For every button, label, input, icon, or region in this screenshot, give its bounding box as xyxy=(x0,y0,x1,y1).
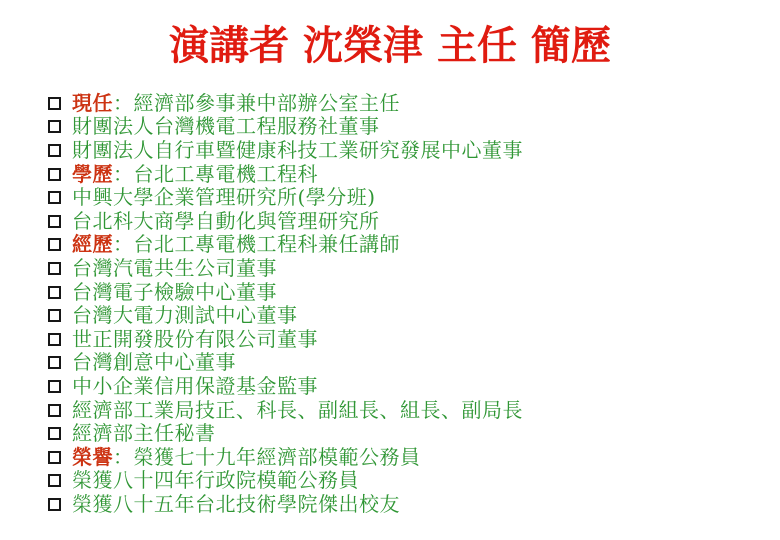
list-item-text: 台灣汽電共生公司董事 xyxy=(72,258,277,278)
list-item-text: 財團法人台灣機電工程服務社董事 xyxy=(72,116,380,136)
list-item-text: 中興大學企業管理研究所(學分班) xyxy=(72,187,376,207)
list-item: 中興大學企業管理研究所(學分班) xyxy=(48,185,780,209)
item-body-text: 台灣汽電共生公司董事 xyxy=(72,256,277,280)
square-bullet-icon xyxy=(48,120,61,133)
item-body-text: ：台北工專電機工程科兼任講師 xyxy=(113,232,400,256)
list-item-text: 學歷：台北工專電機工程科 xyxy=(72,164,318,184)
item-body-text: ：榮獲七十九年經濟部模範公務員 xyxy=(113,445,421,469)
list-item: 榮譽：榮獲七十九年經濟部模範公務員 xyxy=(48,445,780,469)
item-keyword: 現任 xyxy=(72,91,113,115)
list-item-text: 榮譽：榮獲七十九年經濟部模範公務員 xyxy=(72,447,421,467)
list-item: 台灣創意中心董事 xyxy=(48,351,780,375)
list-item: 經濟部工業局技正、科長、副組長、組長、副局長 xyxy=(48,398,780,422)
item-body-text: 中小企業信用保證基金監事 xyxy=(72,374,318,398)
list-item: 榮獲八十四年行政院模範公務員 xyxy=(48,469,780,493)
square-bullet-icon xyxy=(48,474,61,487)
list-item: 台北科大商學自動化與管理研究所 xyxy=(48,209,780,233)
bullet-list: 現任：經濟部參事兼中部辦公室主任 財團法人台灣機電工程服務社董事 財團法人自行車… xyxy=(0,91,780,516)
item-body-text: 經濟部主任秘書 xyxy=(72,421,216,445)
list-item-text: 經歷：台北工專電機工程科兼任講師 xyxy=(72,234,400,254)
square-bullet-icon xyxy=(48,427,61,440)
list-item: 財團法人自行車暨健康科技工業研究發展中心董事 xyxy=(48,138,780,162)
square-bullet-icon xyxy=(48,380,61,393)
square-bullet-icon xyxy=(48,356,61,369)
list-item: 台灣大電力測試中心董事 xyxy=(48,303,780,327)
item-body-text: 台北科大商學自動化與管理研究所 xyxy=(72,209,380,233)
presentation-slide: 演講者 沈榮津 主任 簡歷 現任：經濟部參事兼中部辦公室主任 財團法人台灣機電工… xyxy=(0,0,780,540)
item-body-text: 經濟部工業局技正、科長、副組長、組長、副局長 xyxy=(72,398,523,422)
square-bullet-icon xyxy=(48,451,61,464)
square-bullet-icon xyxy=(48,144,61,157)
list-item: 財團法人台灣機電工程服務社董事 xyxy=(48,115,780,139)
item-body-text: 榮獲八十五年台北技術學院傑出校友 xyxy=(72,492,400,516)
list-item-text: 經濟部主任秘書 xyxy=(72,423,216,443)
page-title: 演講者 沈榮津 主任 簡歷 xyxy=(0,0,780,67)
item-body-text: 台灣大電力測試中心董事 xyxy=(72,303,298,327)
item-body-text: ：經濟部參事兼中部辦公室主任 xyxy=(113,91,400,115)
list-item-text: 台灣大電力測試中心董事 xyxy=(72,305,298,325)
list-item: 世正開發股份有限公司董事 xyxy=(48,327,780,351)
list-item-text: 現任：經濟部參事兼中部辦公室主任 xyxy=(72,93,400,113)
square-bullet-icon xyxy=(48,333,61,346)
item-body-text: ：台北工專電機工程科 xyxy=(113,162,318,186)
square-bullet-icon xyxy=(48,238,61,251)
list-item-text: 經濟部工業局技正、科長、副組長、組長、副局長 xyxy=(72,400,523,420)
list-item: 學歷：台北工專電機工程科 xyxy=(48,162,780,186)
list-item-text: 台北科大商學自動化與管理研究所 xyxy=(72,211,380,231)
item-keyword: 學歷 xyxy=(72,162,113,186)
item-body-text: 榮獲八十四年行政院模範公務員 xyxy=(72,468,359,492)
square-bullet-icon xyxy=(48,97,61,110)
list-item-text: 榮獲八十五年台北技術學院傑出校友 xyxy=(72,494,400,514)
square-bullet-icon xyxy=(48,168,61,181)
square-bullet-icon xyxy=(48,309,61,322)
list-item: 經歷：台北工專電機工程科兼任講師 xyxy=(48,233,780,257)
square-bullet-icon xyxy=(48,286,61,299)
list-item-text: 榮獲八十四年行政院模範公務員 xyxy=(72,470,359,490)
item-keyword: 榮譽 xyxy=(72,445,113,469)
square-bullet-icon xyxy=(48,262,61,275)
list-item-text: 中小企業信用保證基金監事 xyxy=(72,376,318,396)
list-item: 台灣汽電共生公司董事 xyxy=(48,256,780,280)
list-item: 榮獲八十五年台北技術學院傑出校友 xyxy=(48,492,780,516)
list-item: 現任：經濟部參事兼中部辦公室主任 xyxy=(48,91,780,115)
item-body-text: 世正開發股份有限公司董事 xyxy=(72,327,318,351)
list-item: 中小企業信用保證基金監事 xyxy=(48,374,780,398)
square-bullet-icon xyxy=(48,215,61,228)
square-bullet-icon xyxy=(48,404,61,417)
list-item-text: 台灣電子檢驗中心董事 xyxy=(72,282,277,302)
list-item-text: 台灣創意中心董事 xyxy=(72,352,236,372)
list-item: 台灣電子檢驗中心董事 xyxy=(48,280,780,304)
item-body-text: 財團法人自行車暨健康科技工業研究發展中心董事 xyxy=(72,138,523,162)
list-item-text: 世正開發股份有限公司董事 xyxy=(72,329,318,349)
list-item-text: 財團法人自行車暨健康科技工業研究發展中心董事 xyxy=(72,140,523,160)
item-keyword: 經歷 xyxy=(72,232,113,256)
square-bullet-icon xyxy=(48,191,61,204)
item-body-text: 中興大學企業管理研究所(學分班) xyxy=(72,185,376,209)
item-body-text: 台灣創意中心董事 xyxy=(72,350,236,374)
square-bullet-icon xyxy=(48,498,61,511)
item-body-text: 台灣電子檢驗中心董事 xyxy=(72,280,277,304)
item-body-text: 財團法人台灣機電工程服務社董事 xyxy=(72,114,380,138)
list-item: 經濟部主任秘書 xyxy=(48,421,780,445)
